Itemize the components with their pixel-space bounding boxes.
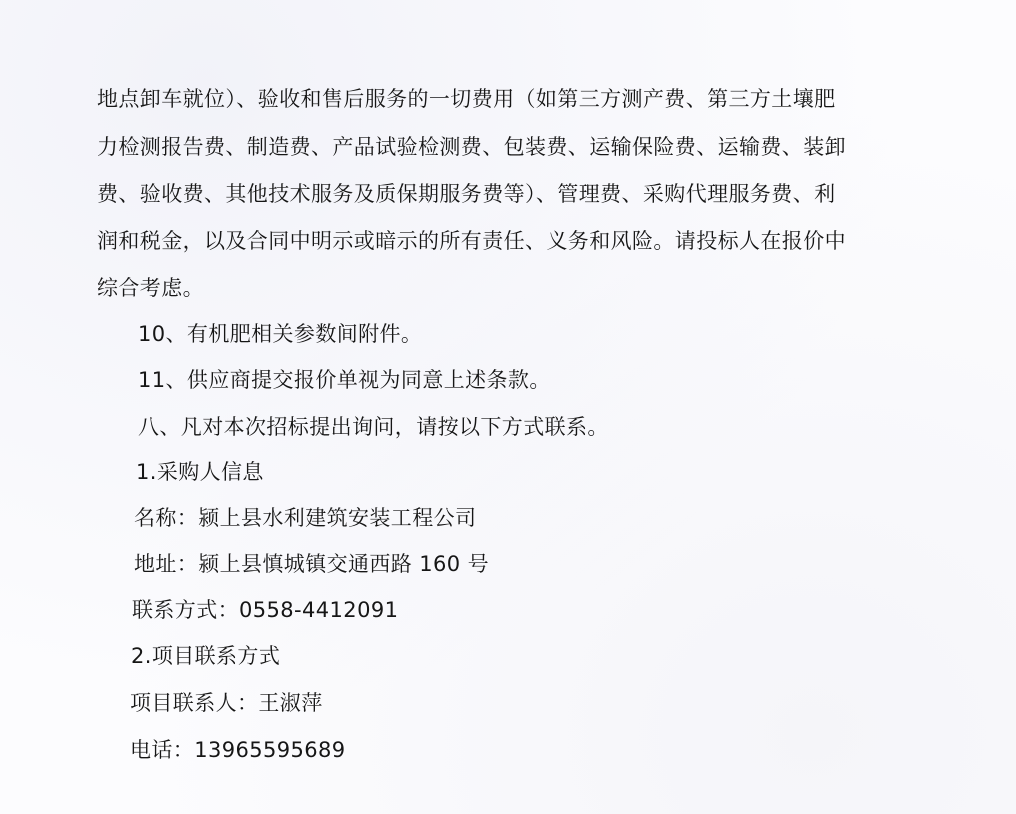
project-contact-heading: 2.项目联系方式 [131,643,280,669]
purchaser-heading: 1.采购人信息 [136,459,264,485]
purchaser-contact: 联系方式：0558-4412091 [132,597,398,623]
paragraph-line-1: 地点卸车就位）、验收和售后服务的一切费用（如第三方测产费、第三方土壤肥 [97,86,836,112]
project-contact-phone: 电话：13965595689 [130,737,346,763]
project-contact-person: 项目联系人：王淑萍 [130,690,323,716]
list-item-11: 11、供应商提交报价单视为同意上述条款。 [138,367,551,393]
paragraph-line-3: 费、验收费、其他技术服务及质保期服务费等）、管理费、采购代理服务费、利 [97,181,836,207]
document-page: 地点卸车就位）、验收和售后服务的一切费用（如第三方测产费、第三方土壤肥 力检测报… [0,0,1016,814]
paragraph-line-4: 润和税金，以及合同中明示或暗示的所有责任、义务和风险。请投标人在报价中 [97,228,846,254]
purchaser-address: 地址：颍上县慎城镇交通西路 160 号 [134,551,489,577]
list-item-10: 10、有机肥相关参数间附件。 [138,321,422,347]
section-heading: 八、凡对本次招标提出询问，请按以下方式联系。 [138,414,609,440]
paragraph-line-5: 综合考虑。 [97,275,204,301]
paragraph-line-2: 力检测报告费、制造费、产品试验检测费、包装费、运输保险费、运输费、装卸 [97,134,846,160]
purchaser-name: 名称：颍上县水利建筑安装工程公司 [134,505,476,531]
